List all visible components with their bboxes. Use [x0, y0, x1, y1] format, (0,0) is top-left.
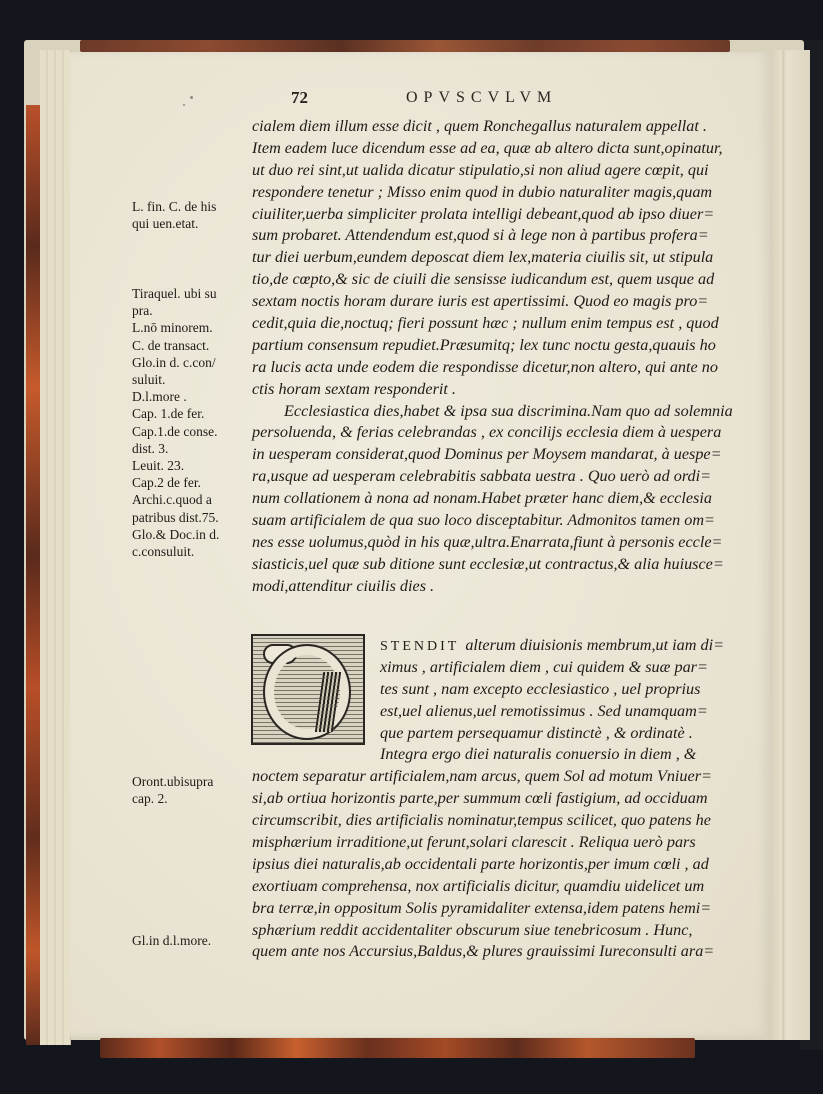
text-line: Integra ergo diei naturalis conuersio in…	[252, 744, 740, 766]
opening-capitals: STENDIT	[380, 639, 459, 654]
text-line: respondere tenetur ; Misso enim quod in …	[252, 182, 740, 204]
ink-speck	[183, 104, 185, 106]
marginal-note: Archi.c.quod a	[132, 491, 250, 508]
running-title: OPVSCVLVM	[406, 89, 557, 107]
marginal-note: Cap.2 de fer.	[132, 474, 250, 491]
text-line: Item eadem luce dicendum esse ad ea, quæ…	[252, 138, 740, 160]
text-line: sphærium reddit accidentaliter obscurum …	[252, 920, 740, 942]
text-line: sum probaret. Attendendum est,quod si à …	[252, 225, 740, 247]
text-line: circumscribit, dies artificialis nominat…	[252, 810, 740, 832]
text-line: noctem separatur artificialem,nam arcus,…	[252, 766, 740, 788]
text-line: sextam noctis horam durare iuris est ape…	[252, 291, 740, 313]
text-line: que partem persequamur distinctè , & ord…	[252, 723, 740, 745]
marginal-note: Tiraquel. ubi su	[132, 285, 250, 302]
text-line: misphærium irraditione,ut ferunt,solari …	[252, 832, 740, 854]
marbled-top-edge	[80, 40, 730, 52]
text-line: siasticis,uel quæ sub ditione sunt eccle…	[252, 554, 740, 576]
page-number: 72	[291, 88, 308, 108]
marginal-note: Leuit. 23.	[132, 457, 250, 474]
marginal-note: D.l.more .	[132, 388, 250, 405]
marginal-note: Oront.ubisupra	[132, 773, 250, 790]
text-fragment: alterum diuisionis membrum,ut iam di=	[465, 636, 724, 654]
signature-mark	[262, 952, 265, 964]
text-line: ra lucis acta unde eodem die respondisse…	[252, 357, 740, 379]
marginal-note: dist. 3.	[132, 440, 250, 457]
marginal-note-group: Oront.ubisupracap. 2.	[132, 773, 250, 807]
text-line: ciuiliter,uerba simpliciter prolata inte…	[252, 204, 740, 226]
text-line: tio,de cœpto,& sic de ciuili die sensiss…	[252, 269, 740, 291]
text-line: ximus , artificialem diem , cui quidem &…	[252, 657, 740, 679]
marginal-note: qui uen.etat.	[132, 215, 250, 232]
facing-page-edge	[770, 50, 810, 1040]
text-line: cedit,quia die,noctuq; fieri possunt hæc…	[252, 313, 740, 335]
text-line: persoluenda, & ferias celebrandas , ex c…	[252, 422, 740, 444]
text-line: est,uel alienus,uel remotissimus . Sed u…	[252, 701, 740, 723]
text-line: suam artificialem de qua suo loco discep…	[252, 510, 740, 532]
text-line: tur diei uerbum,eundem deposcat diem lex…	[252, 247, 740, 269]
text-line: ut duo rei sint,ut ualida dicatur stipul…	[252, 160, 740, 182]
marginal-note: C. de transact.	[132, 337, 250, 354]
marginal-note: cap. 2.	[132, 790, 250, 807]
text-line: STENDITalterum diuisionis membrum,ut iam…	[252, 635, 740, 657]
marbled-left-edge	[26, 105, 40, 1045]
text-line: cialem diem illum esse dicit , quem Ronc…	[252, 116, 740, 138]
text-line: ctis horam sextam responderit .	[252, 379, 740, 401]
page-header: 72 OPVSCVLVM	[291, 88, 711, 112]
text-line: in uesperam considerat,quod Dominus per …	[252, 444, 740, 466]
marginal-note-group: Gl.in d.l.more.	[132, 932, 250, 949]
text-line: tes sunt , nam excepto ecclesiastico , u…	[252, 679, 740, 701]
text-line: exortiuam comprehensa, nox artificialis …	[252, 876, 740, 898]
text-line: Ecclesiastica dies,habet & ipsa sua disc…	[252, 401, 740, 423]
text-line: si,ab ortiua horizontis parte,per summum…	[252, 788, 740, 810]
main-text-block: cialem diem illum esse dicit , quem Ronc…	[252, 116, 740, 598]
text-line: nes esse uolumus,quòd in his quæ,ultra.E…	[252, 532, 740, 554]
text-line: ra,usque ad uesperam celebrabitis sabbat…	[252, 466, 740, 488]
second-section-text: STENDITalterum diuisionis membrum,ut iam…	[252, 635, 740, 963]
text-line: bra terræ,in oppositum Solis pyramidalit…	[252, 898, 740, 920]
marginal-note: Cap. 1.de fer.	[132, 405, 250, 422]
marginal-note: L. fin. C. de his	[132, 198, 250, 215]
text-line: modi,attenditur ciuilis dies .	[252, 576, 740, 598]
marginal-note: suluit.	[132, 371, 250, 388]
text-line: partium consensum repudiet.Præsumitq; le…	[252, 335, 740, 357]
marginal-note: L.nō minorem.	[132, 319, 250, 336]
marginal-note-group: Tiraquel. ubi supra.L.nō minorem.C. de t…	[132, 285, 250, 560]
ink-speck	[190, 96, 193, 99]
marbled-bottom-edge	[100, 1038, 695, 1058]
marginal-note: Glo.in d. c.con/	[132, 354, 250, 371]
marginal-note: Glo.& Doc.in d.	[132, 526, 250, 543]
text-line: quem ante nos Accursius,Baldus,& plures …	[252, 941, 740, 963]
marginal-note: c.consuluit.	[132, 543, 250, 560]
marginal-note: patribus dist.75.	[132, 509, 250, 526]
marginal-note: Gl.in d.l.more.	[132, 932, 250, 949]
text-line: num collationem à nona ad nonam.Habet pr…	[252, 488, 740, 510]
marginal-note: pra.	[132, 302, 250, 319]
text-line: ipsius diei naturalis,ab occidentali par…	[252, 854, 740, 876]
marginal-note: Cap.1.de conse.	[132, 423, 250, 440]
marginal-note-group: L. fin. C. de hisqui uen.etat.	[132, 198, 250, 232]
page-stack-edge	[40, 50, 71, 1045]
